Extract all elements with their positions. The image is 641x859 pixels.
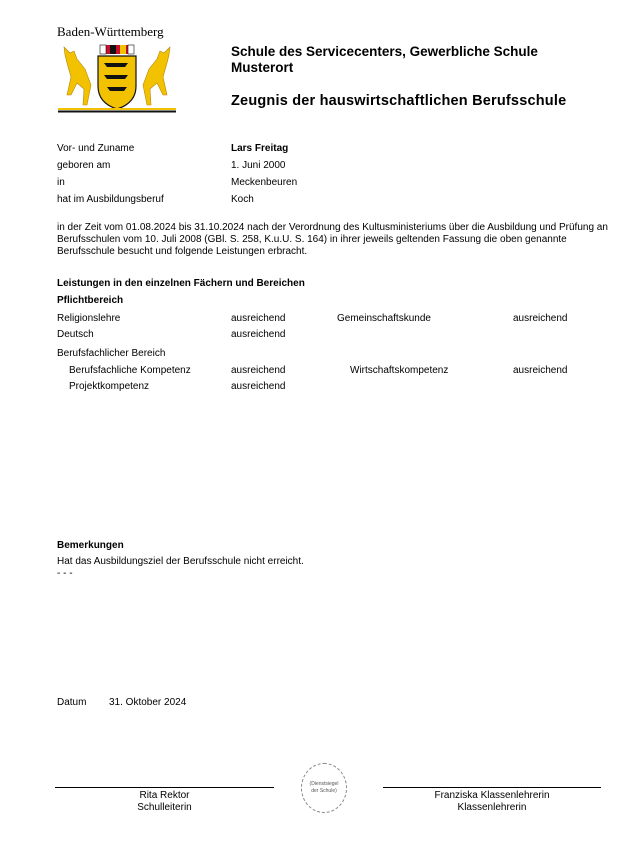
profession-value: Koch (231, 194, 254, 205)
principal-role: Schulleiterin (55, 802, 274, 814)
grade-deutsch: ausreichend (231, 329, 285, 340)
name-value: Lars Freitag (231, 143, 288, 154)
date-value: 31. Oktober 2024 (109, 697, 186, 708)
birthplace-label: in (57, 177, 65, 188)
subject-deutsch: Deutsch (57, 329, 94, 340)
signature-left: Rita Rektor Schulleiterin (55, 790, 274, 814)
teacher-role: Klassenlehrerin (383, 802, 601, 814)
profession-label: hat im Ausbildungsberuf (57, 194, 164, 205)
seal-text: (Dienstsiegel der Schule) (310, 781, 339, 795)
remarks-placeholder: - - - (57, 569, 73, 579)
signature-line-right (383, 787, 601, 788)
grade-berufsfachliche-kompetenz: ausreichend (231, 365, 285, 376)
document-title: Zeugnis der hauswirtschaftlichen Berufss… (231, 93, 566, 109)
mandatory-section-title: Pflichtbereich (57, 295, 123, 306)
birthplace-value: Meckenbeuren (231, 177, 297, 188)
birthdate-value: 1. Juni 2000 (231, 160, 286, 171)
subject-gemeinschaftskunde: Gemeinschaftskunde (337, 313, 431, 324)
teacher-name: Franziska Klassenlehrerin (383, 790, 601, 802)
subject-berufsfachliche-kompetenz: Berufsfachliche Kompetenz (69, 365, 191, 376)
grade-gemeinschaftskunde: ausreichend (513, 313, 567, 324)
school-name-line2: Musterort (231, 60, 538, 76)
coat-of-arms-icon (58, 41, 176, 113)
grades-section-title: Leistungen in den einzelnen Fächern und … (57, 278, 305, 289)
vocational-section-title: Berufsfachlicher Bereich (57, 348, 165, 359)
date-label: Datum (57, 697, 86, 708)
subject-religionslehre: Religionslehre (57, 313, 120, 324)
principal-name: Rita Rektor (55, 790, 274, 802)
intro-paragraph: in der Zeit vom 01.08.2024 bis 31.10.202… (57, 222, 627, 258)
remarks-title: Bemerkungen (57, 540, 124, 551)
signature-right: Franziska Klassenlehrerin Klassenlehreri… (383, 790, 601, 814)
official-seal-placeholder: (Dienstsiegel der Schule) (301, 763, 347, 813)
name-label: Vor- und Zuname (57, 143, 134, 154)
grade-wirtschaftskompetenz: ausreichend (513, 365, 567, 376)
birthdate-label: geboren am (57, 160, 110, 171)
school-name: Schule des Servicecenters, Gewerbliche S… (231, 44, 538, 76)
grade-religionslehre: ausreichend (231, 313, 285, 324)
grade-projektkompetenz: ausreichend (231, 381, 285, 392)
remarks-text: Hat das Ausbildungsziel der Berufsschule… (57, 556, 304, 567)
signature-line-left (55, 787, 274, 788)
subject-wirtschaftskompetenz: Wirtschaftskompetenz (350, 365, 448, 376)
state-name: Baden-Württemberg (57, 24, 164, 40)
school-name-line1: Schule des Servicecenters, Gewerbliche S… (231, 44, 538, 60)
subject-projektkompetenz: Projektkompetenz (69, 381, 149, 392)
